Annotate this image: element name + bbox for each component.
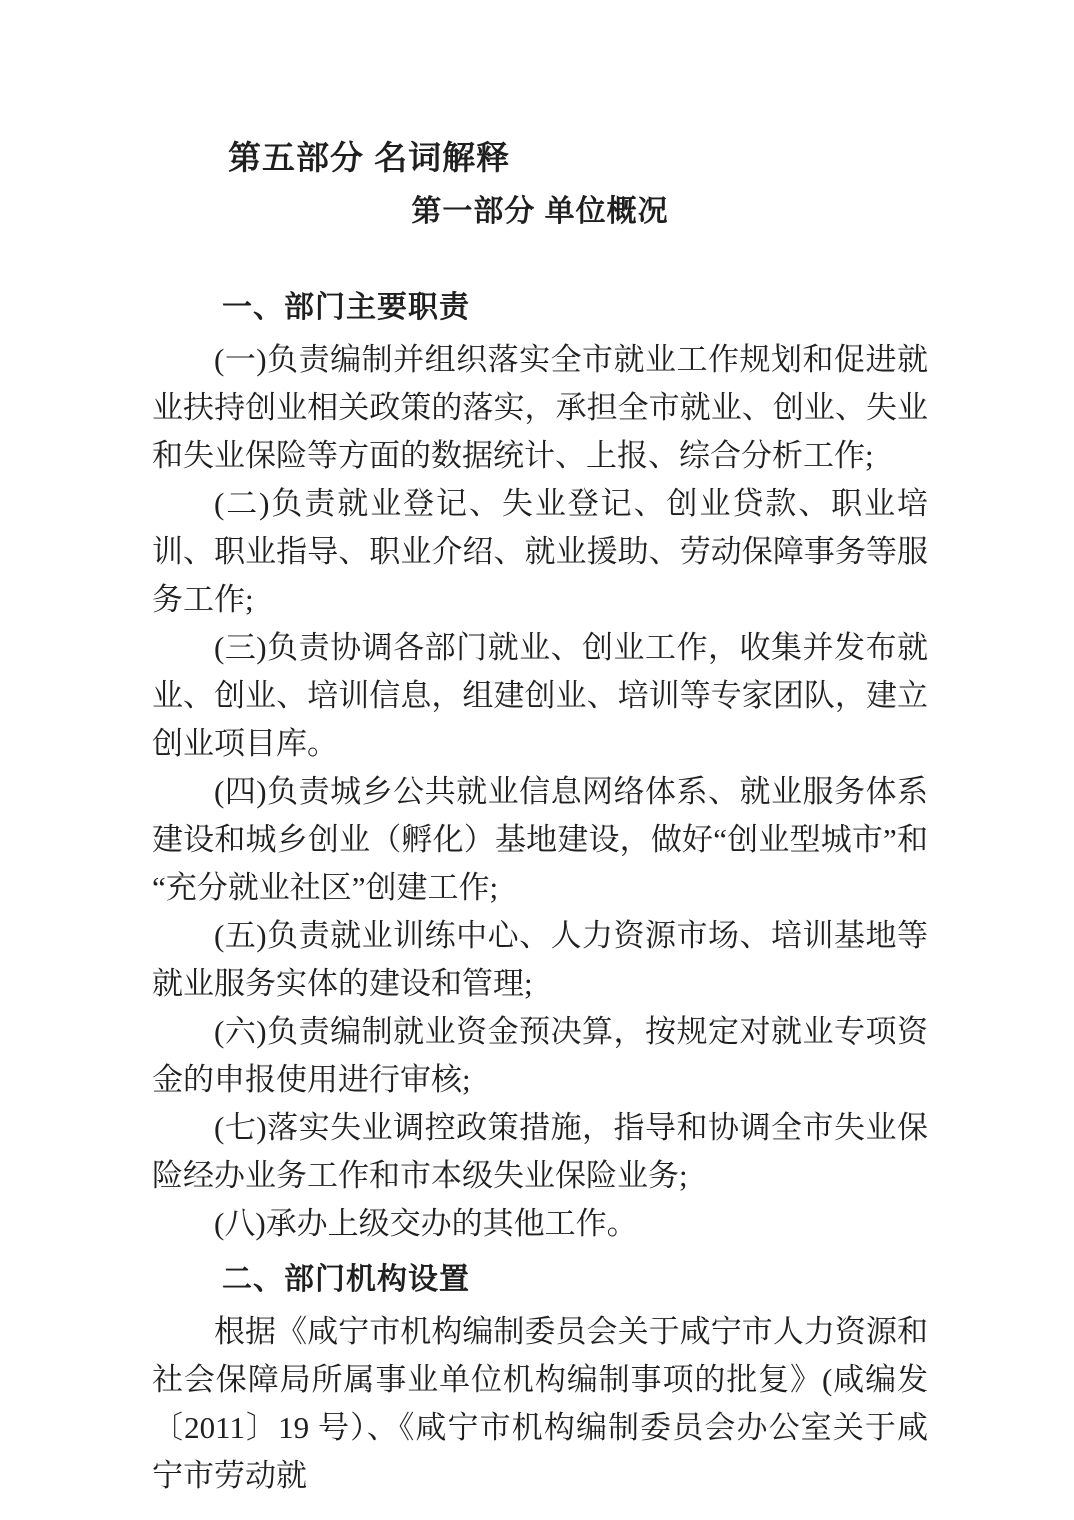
document-content: 第五部分 名词解释 第一部分 单位概况 一、部门主要职责 (一)负责编制并组织落…	[152, 138, 928, 1500]
paragraph-1: (一)负责编制并组织落实全市就业工作规划和促进就业扶持创业相关政策的落实，承担全…	[152, 336, 928, 480]
section-2-body: 根据《咸宁市机构编制委员会关于咸宁市人力资源和社会保障局所属事业单位机构编制事项…	[152, 1308, 928, 1500]
part5-title: 第五部分 名词解释	[228, 138, 928, 178]
section-2-heading: 二、部门机构设置	[222, 1260, 928, 1300]
paragraph-6: (六)负责编制就业资金预决算，按规定对就业专项资金的申报使用进行审核;	[152, 1008, 928, 1104]
paragraph-2: (二)负责就业登记、失业登记、创业贷款、职业培训、职业指导、职业介绍、就业援助、…	[152, 480, 928, 624]
document-page: 第五部分 名词解释 第一部分 单位概况 一、部门主要职责 (一)负责编制并组织落…	[0, 0, 1074, 1520]
paragraph-4: (四)负责城乡公共就业信息网络体系、就业服务体系建设和城乡创业（孵化）基地建设，…	[152, 768, 928, 912]
paragraph-5: (五)负责就业训练中心、人力资源市场、培训基地等就业服务实体的建设和管理;	[152, 912, 928, 1008]
paragraph-9: 根据《咸宁市机构编制委员会关于咸宁市人力资源和社会保障局所属事业单位机构编制事项…	[152, 1308, 928, 1500]
section-1-body: (一)负责编制并组织落实全市就业工作规划和促进就业扶持创业相关政策的落实，承担全…	[152, 336, 928, 1248]
section-1-heading: 一、部门主要职责	[222, 288, 928, 328]
part1-title: 第一部分 单位概况	[152, 192, 928, 232]
paragraph-7: (七)落实失业调控政策措施，指导和协调全市失业保险经办业务工作和市本级失业保险业…	[152, 1104, 928, 1200]
paragraph-3: (三)负责协调各部门就业、创业工作，收集并发布就业、创业、培训信息，组建创业、培…	[152, 624, 928, 768]
paragraph-8: (八)承办上级交办的其他工作。	[152, 1200, 928, 1248]
